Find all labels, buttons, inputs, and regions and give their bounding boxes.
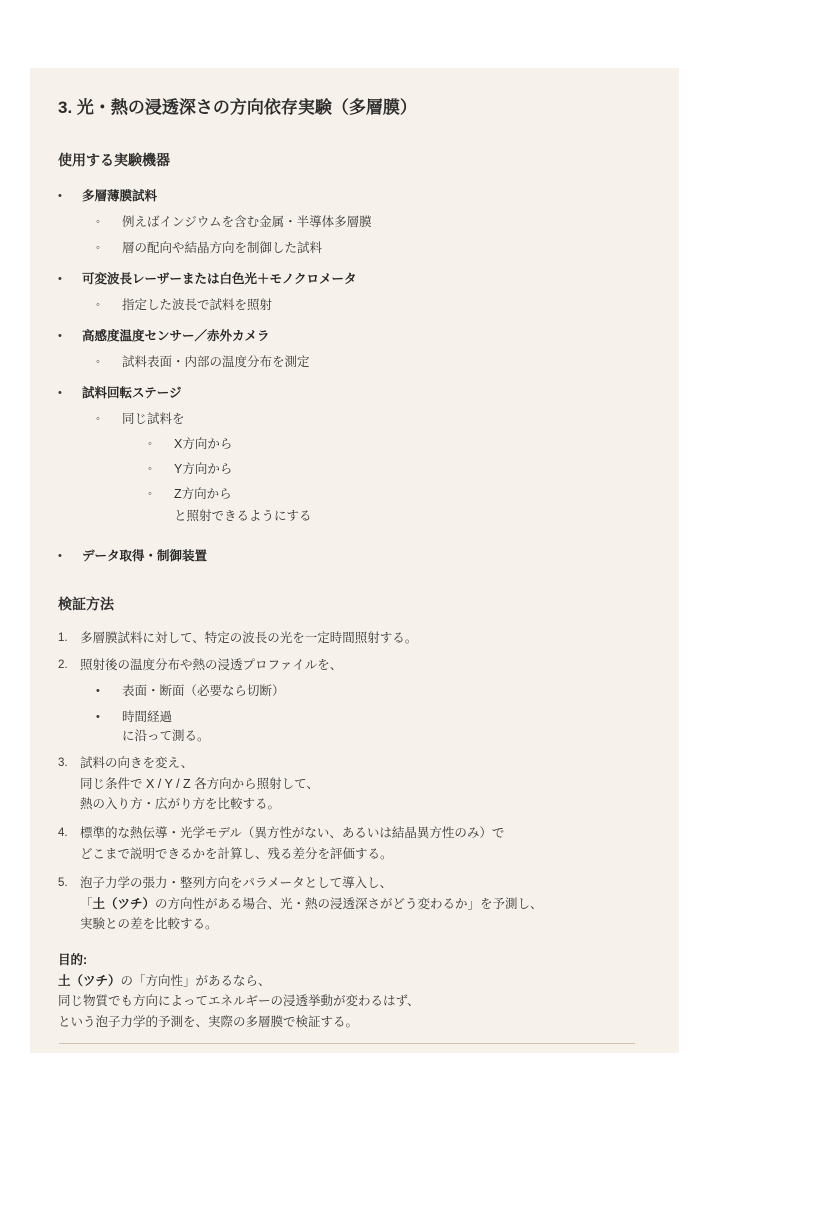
step-number: 4. [58,826,80,841]
circle-bullet-icon: ◦ [96,355,122,370]
step-bullet-text: 時間経過 [122,710,172,725]
method-step: 3. 試料の向きを変え、 同じ条件で X / Y / Z 各方向から照射して、 … [58,756,651,814]
equipment-item: • 多層薄膜試料 [58,189,651,204]
step-line: 泡子力学の張力・整列方向をパラメータとして導入し、 [80,876,543,891]
bullet-icon: • [96,684,122,699]
quote-rest: の方向性がある場合、光・熱の浸透深さがどう変わるか」を予測し、 [155,897,543,911]
step-line: 熱の入り方・広がり方を比較する。 [80,794,319,814]
circle-bullet-icon: ◦ [96,215,122,230]
bullet-icon: • [58,549,82,564]
equipment-item-label: データ取得・制御装置 [82,549,207,564]
step-line: 試料の向きを変え、 [80,756,319,771]
equipment-list: • 多層薄膜試料 ◦ 例えばインジウムを含む金属・半導体多層膜 ◦ 層の配向や結… [58,189,651,564]
direction-item: ◦ Z方向から [148,487,651,502]
bullet-icon: • [96,710,122,725]
method-step: 4. 標準的な熱伝導・光学モデル（異方性がない、あるいは結晶異方性のみ）で どこ… [58,826,651,864]
direction-tail-text: と照射できるようにする [174,509,651,524]
direction-item-text: Z方向から [174,487,232,502]
page-title: 3. 光・熱の浸透深さの方向依存実験（多層膜） [58,96,651,120]
step-bullet: • 表面・断面（必要なら切断） [96,684,651,699]
equipment-item-label: 可変波長レーザーまたは白色光＋モノクロメータ [82,272,357,287]
step-line: 実験との差を比較する。 [80,914,543,934]
equipment-item: • 試料回転ステージ [58,386,651,401]
equipment-subitem: ◦ 指定した波長で試料を照射 [96,298,651,313]
step-line: 標準的な熱伝導・光学モデル（異方性がない、あるいは結晶異方性のみ）で [80,826,504,841]
method-heading: 検証方法 [58,594,651,614]
bullet-icon: • [58,272,82,287]
equipment-subitem: ◦ 同じ試料を [96,412,651,427]
circle-bullet-icon: ◦ [148,487,174,502]
step-line: どこまで説明できるかを計算し、残る差分を評価する。 [80,844,504,864]
divider [59,1043,635,1044]
step-bullet-tail-text: に沿って測る。 [122,729,651,744]
equipment-subitem-text: 層の配向や結晶方向を制御した試料 [122,241,322,256]
equipment-subitem: ◦ 例えばインジウムを含む金属・半導体多層膜 [96,215,651,230]
purpose-bold-term: 土（ツチ） [58,974,121,988]
equipment-subitem-text: 試料表面・内部の温度分布を測定 [122,355,310,370]
circle-bullet-icon: ◦ [148,437,174,452]
equipment-item: • 可変波長レーザーまたは白色光＋モノクロメータ [58,272,651,287]
step-line: 「土（ツチ）の方向性がある場合、光・熱の浸透深さがどう変わるか」を予測し、 [80,894,543,914]
direction-item-text: Y方向から [174,462,232,477]
equipment-subitem: ◦ 試料表面・内部の温度分布を測定 [96,355,651,370]
equipment-item-label: 多層薄膜試料 [82,189,157,204]
bullet-icon: • [58,329,82,344]
direction-item: ◦ X方向から [148,437,651,452]
purpose-label: 目的: [58,950,651,971]
equipment-item: • データ取得・制御装置 [58,549,651,564]
method-step: 1. 多層膜試料に対して、特定の波長の光を一定時間照射する。 [58,631,651,646]
step-lines: 試料の向きを変え、 同じ条件で X / Y / Z 各方向から照射して、 熱の入… [80,756,319,814]
direction-item-text: X方向から [174,437,232,452]
step-bullet: • 時間経過 [96,710,651,725]
method-step: 5. 泡子力学の張力・整列方向をパラメータとして導入し、 「土（ツチ）の方向性が… [58,876,651,934]
method-step: 2. 照射後の温度分布や熱の浸透プロファイルを、 [58,658,651,673]
equipment-subitem-text: 例えばインジウムを含む金属・半導体多層膜 [122,215,372,230]
bullet-icon: • [58,189,82,204]
equipment-heading: 使用する実験機器 [58,150,651,170]
purpose-line: 土（ツチ）の「方向性」があるなら、 [58,971,651,992]
quote-bold-term: 土（ツチ） [93,897,156,911]
purpose-line: という泡子力学的予測を、実際の多層膜で検証する。 [58,1012,651,1033]
content-card: 3. 光・熱の浸透深さの方向依存実験（多層膜） 使用する実験機器 • 多層薄膜試… [30,68,679,1053]
circle-bullet-icon: ◦ [96,412,122,427]
equipment-item: • 高感度温度センサー／赤外カメラ [58,329,651,344]
purpose-block: 目的: 土（ツチ）の「方向性」があるなら、 同じ物質でも方向によってエネルギーの… [58,950,651,1032]
step-number: 2. [58,658,80,673]
step-lines: 泡子力学の張力・整列方向をパラメータとして導入し、 「土（ツチ）の方向性がある場… [80,876,543,934]
direction-item: ◦ Y方向から [148,462,651,477]
purpose-line: 同じ物質でも方向によってエネルギーの浸透挙動が変わるはず、 [58,991,651,1012]
purpose-line-rest: の「方向性」があるなら、 [121,974,271,988]
circle-bullet-icon: ◦ [96,241,122,256]
step-number: 3. [58,756,80,771]
circle-bullet-icon: ◦ [96,298,122,313]
bullet-icon: • [58,386,82,401]
method-list: 1. 多層膜試料に対して、特定の波長の光を一定時間照射する。 2. 照射後の温度… [58,631,651,934]
equipment-item-label: 高感度温度センサー／赤外カメラ [82,329,270,344]
step-number: 1. [58,631,80,646]
step-text: 照射後の温度分布や熱の浸透プロファイルを、 [80,658,342,673]
equipment-subitem: ◦ 層の配向や結晶方向を制御した試料 [96,241,651,256]
equipment-subitem-text: 指定した波長で試料を照射 [122,298,272,313]
step-bullet-text: 表面・断面（必要なら切断） [122,684,285,699]
step-lines: 標準的な熱伝導・光学モデル（異方性がない、あるいは結晶異方性のみ）で どこまで説… [80,826,504,864]
step-text: 多層膜試料に対して、特定の波長の光を一定時間照射する。 [80,631,417,646]
step-number: 5. [58,876,80,891]
circle-bullet-icon: ◦ [148,462,174,477]
step-line: 同じ条件で X / Y / Z 各方向から照射して、 [80,774,319,794]
quote-open: 「 [80,897,93,911]
equipment-item-label: 試料回転ステージ [82,386,182,401]
equipment-subitem-text: 同じ試料を [122,412,185,427]
